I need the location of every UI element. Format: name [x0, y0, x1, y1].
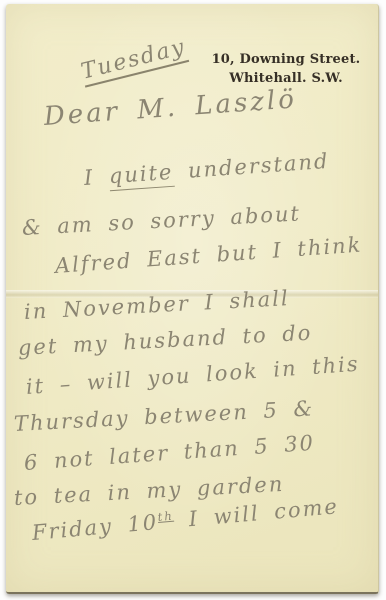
letter-line: 6 not later than 5 30 — [23, 431, 316, 475]
letterhead: 10, Downing Street. Whitehall. S.W. — [204, 52, 368, 88]
date-note: Tuesday — [79, 35, 189, 88]
letter-line-text: understand — [172, 149, 330, 184]
letter-scan: 10, Downing Street. Whitehall. S.W. Tues… — [0, 0, 386, 600]
letter-line: in November I shall — [23, 286, 290, 324]
underlined-word: quite — [108, 160, 174, 191]
salutation: Dear M. Laszlö — [43, 84, 298, 132]
letter-line: Alfred East but I think — [54, 233, 363, 278]
letter-line: it – will you look in this — [25, 352, 360, 399]
letter-line: & am so sorry about — [21, 201, 301, 240]
ordinal-superscript: th — [157, 509, 174, 524]
paper: 10, Downing Street. Whitehall. S.W. Tues… — [6, 4, 379, 594]
letter-line: I quite understand — [83, 149, 330, 190]
letter-line: get my husband to do — [17, 321, 313, 360]
letter-line-text: Friday 10 — [31, 510, 159, 545]
letter-line-text: I — [83, 164, 110, 190]
letter-line: Thursday between 5 & — [13, 396, 314, 436]
letterhead-address-line: 10, Downing Street. — [204, 52, 368, 69]
